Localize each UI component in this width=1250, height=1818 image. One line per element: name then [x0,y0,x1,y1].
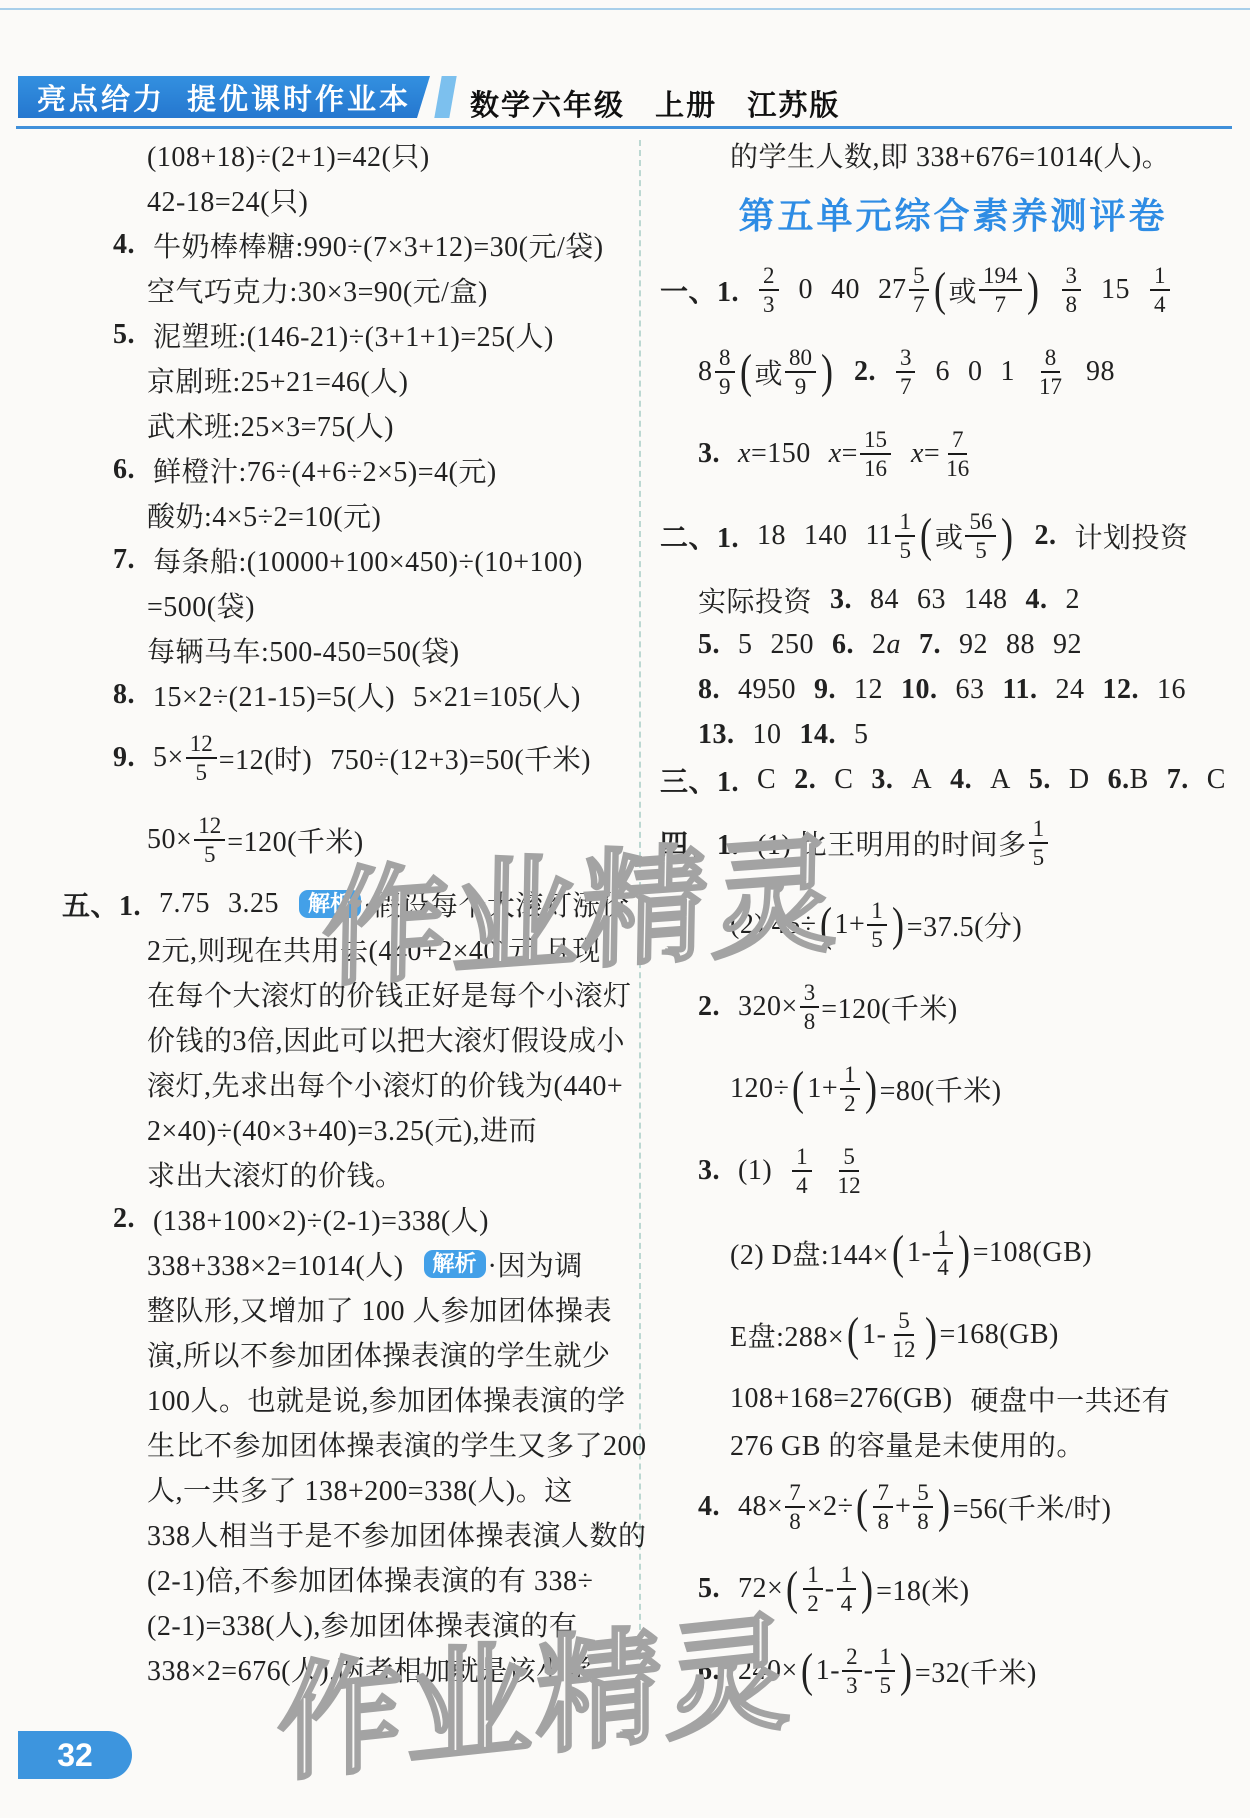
item-number: 11. [1003,674,1038,706]
fraction-numerator: 5 [839,1144,859,1172]
text-segment: (2-1)倍,不参加团体操表演的有 338÷ [147,1559,593,1599]
fraction: 716 [942,427,973,482]
item-number: 5. [113,319,135,351]
fraction: 809 [785,345,816,400]
answer-line: 三、1.C2.C3.A4.A5.D6.B7.C [660,757,1246,802]
fraction-numerator: 1 [933,1226,953,1254]
fraction-denominator: 7 [991,291,1011,318]
text-segment: 或 [754,352,783,392]
answer-line: 338+338×2=1014(人)解析·因为调 [62,1241,637,1286]
mixed-number: 1115 [866,509,917,564]
item-number: 2. [113,1203,135,1235]
mixed-whole: 8 [698,356,712,388]
fraction-denominator: 5 [1029,844,1049,871]
text-segment: 0 [968,356,983,388]
big-paren: ) [1001,514,1013,557]
fraction-denominator: 9 [791,373,811,400]
fraction: 15 [867,898,887,953]
fraction-denominator: 8 [913,1508,933,1535]
item-number: 9. [113,742,135,774]
text-segment: 计划投资 [1074,516,1188,556]
fraction-denominator: 4 [1150,291,1170,318]
fraction-numerator: 5 [909,263,929,291]
item-number: 6. [698,1655,720,1687]
text-segment: C [834,764,853,796]
fraction-denominator: 12 [834,1172,865,1199]
page-number: 32 [57,1737,93,1774]
fraction-denominator: 2 [840,1090,860,1117]
big-paren: ( [847,1313,859,1356]
text-segment: 鲜橙汁:76÷(4+6÷2×5)=4(元) [153,450,497,490]
variable: x [911,438,924,470]
text-segment: 10 [753,719,782,751]
text-segment: A [990,764,1011,796]
answer-line: 演,所以不参加团体操表演的学生就少 [62,1331,637,1376]
answer-line: 7.每条船:(10000+100×450)÷(10+100) [62,537,637,582]
text-segment: ×2÷ [807,1491,854,1523]
item-number: 5. [1029,764,1051,796]
fraction-numerator: 2 [759,263,779,291]
fraction-numerator: 3 [800,980,820,1008]
fraction-denominator: 5 [895,537,915,564]
fraction-numerator: 1 [895,509,915,537]
section-title: 第五单元综合素养测评卷 [660,177,1246,249]
answer-line: 4.48×78×2÷(78+58)=56(千米/时) [660,1466,1246,1548]
fraction: 125 [194,813,225,868]
text-segment: 2 [1066,584,1081,616]
answer-line: (108+18)÷(2+1)=42(只) [62,132,637,177]
answer-line: 实际投资3.84631484.2 [660,577,1246,622]
text-segment: 1+ [835,909,866,941]
text-segment: B [1130,764,1149,796]
fraction-numerator: 1 [792,1144,812,1172]
fraction: 14 [1150,263,1170,318]
answer-line: 在每个大滚灯的价钱正好是每个小滚灯 [62,971,637,1016]
answer-line: 求出大滚灯的价钱。 [62,1151,637,1196]
answer-line: 108+168=276(GB)硬盘中一共还有 [660,1376,1246,1421]
big-paren: ) [900,1649,912,1692]
mixed-number: 889 [698,345,737,400]
answer-line: 5.52506.2a7.928892 [660,622,1246,667]
answer-line: 四、1.(1) 比王明用的时间多15 [660,802,1246,884]
big-paren: ( [920,514,932,557]
answer-line: 8.49509.1210.6311.2412.16 [660,667,1246,712]
answer-line: 武术班:25×3=75(人) [62,402,637,447]
fraction-denominator: 5 [971,537,991,564]
text-segment: C [757,764,776,796]
big-paren: ) [958,1231,970,1274]
text-segment: (138+100×2)÷(2-1)=338(人) [153,1199,489,1239]
item-number: 2. [1034,520,1056,552]
text-segment: ·因为调 [488,1244,583,1284]
fraction-denominator: 3 [842,1672,862,1699]
item-number: 四、1. [660,823,739,863]
fraction: 38 [1062,263,1082,318]
fraction: 15 [1029,816,1049,871]
answer-line: 120÷(1+12)=80(千米) [660,1048,1246,1130]
answer-line: 276 GB 的容量是未使用的。 [660,1421,1246,1466]
item-number: 4. [113,229,135,261]
fraction: 12 [803,1562,823,1617]
fraction-numerator: 8 [1041,345,1061,373]
fraction: 14 [933,1226,953,1281]
fraction: 15 [875,1644,895,1699]
text-segment: = [924,438,940,470]
answer-line: 人,一共多了 138+200=338(人)。这 [62,1466,637,1511]
fraction: 89 [715,345,735,400]
answer-line: 京剧班:25+21=46(人) [62,357,637,402]
answer-line: (2) 45÷(1+15)=37.5(分) [660,884,1246,966]
fraction-numerator: 7 [873,1480,893,1508]
page-number-badge: 32 [18,1731,132,1779]
big-paren: ) [892,903,904,946]
text-segment: 牛奶棒棒糖:990÷(7×3+12)=30(元/袋) [153,225,604,265]
text-segment: 250 [771,629,815,661]
fraction-numerator: 194 [979,263,1022,291]
text-segment: 100人。也就是说,参加团体操表演的学 [147,1379,626,1419]
answer-line: 2×40)÷(40×3+40)=3.25(元),进而 [62,1106,637,1151]
text-segment: = [842,438,858,470]
fraction-numerator: 1 [803,1562,823,1590]
answer-line: 4.牛奶棒棒糖:990÷(7×3+12)=30(元/袋) [62,222,637,267]
big-paren: ) [924,1313,936,1356]
big-paren: ( [820,903,832,946]
answer-line: 42-18=24(只) [62,177,637,222]
fraction-numerator: 15 [860,427,891,455]
fraction: 38 [800,980,820,1035]
text-segment: 92 [959,629,988,661]
text-segment: 88 [1006,629,1035,661]
fraction: 512 [834,1144,865,1199]
answer-line: 五、1.7.753.25解析·假设每个大滚灯涨价 [62,881,637,926]
text-segment: D [1069,764,1090,796]
text-segment: - [825,1573,835,1605]
big-paren: ( [739,350,751,393]
big-paren: ) [938,1485,950,1528]
item-number: 2. [794,764,816,796]
text-segment: 16 [1157,674,1186,706]
item-number: 一、1. [660,270,739,310]
fraction: 125 [186,731,217,786]
fraction-denominator: 8 [785,1508,805,1535]
fraction-numerator: 3 [896,345,916,373]
big-paren: ) [821,350,833,393]
answer-line: 酸奶:4×5÷2=10(元) [62,492,637,537]
text-segment: 滚灯,先求出每个小滚灯的价钱为(440+ [147,1064,623,1104]
fraction-numerator: 1 [867,898,887,926]
answer-line: 整队形,又增加了 100 人参加团体操表 [62,1286,637,1331]
fraction-denominator: 8 [1062,291,1082,318]
answer-line: 6.鲜橙汁:76÷(4+6÷2×5)=4(元) [62,447,637,492]
text-segment: 1- [907,1237,931,1269]
text-segment: 63 [956,674,985,706]
mixed-number: 2757 [878,263,931,318]
fraction-denominator: 8 [873,1508,893,1535]
big-paren: ( [934,268,946,311]
fraction: 565 [965,509,996,564]
text-segment: E盘:288× [730,1315,844,1355]
text-segment: 15 [1101,274,1130,306]
analysis-badge: 解析 [299,890,361,918]
answer-line: E盘:288×(1-512)=168(GB) [660,1294,1246,1376]
fraction: 37 [896,345,916,400]
item-number: 2. [854,356,876,388]
item-number: 7. [1167,764,1189,796]
text-segment: 40 [831,274,860,306]
item-number: 5. [698,1573,720,1605]
fraction-numerator: 1 [1150,263,1170,291]
text-segment: 的学生人数,即 338+676=1014(人)。 [730,135,1170,175]
text-segment: 72× [738,1573,783,1605]
fraction-denominator: 5 [192,759,212,786]
answer-line: 338人相当于是不参加团体操表演人数的 [62,1511,637,1556]
text-segment: 价钱的3倍,因此可以把大滚灯假设成小 [147,1019,625,1059]
text-segment: 硬盘中一共还有 [971,1379,1171,1419]
fraction-denominator: 4 [837,1590,857,1617]
answer-line: 5.72×(12-14)=18(米) [660,1548,1246,1630]
fraction-denominator: 2 [803,1590,823,1617]
fraction-numerator: 12 [194,813,225,841]
item-number: 5. [698,629,720,661]
fraction-denominator: 5 [867,926,887,953]
text-segment: (1) 比王明用的时间多 [757,823,1027,863]
answer-line: 滚灯,先求出每个小滚灯的价钱为(440+ [62,1061,637,1106]
text-segment: ·假设每个大滚灯涨价 [363,884,629,924]
text-segment: 4950 [738,674,796,706]
fraction-denominator: 5 [200,841,220,868]
big-paren: ( [892,1231,904,1274]
item-number: 8. [113,679,135,711]
fraction-numerator: 1 [1029,816,1049,844]
answer-line: 的学生人数,即 338+676=1014(人)。 [660,132,1246,177]
text-segment: 48× [738,1491,783,1523]
fraction-denominator: 7 [909,291,929,318]
big-paren: ) [861,1567,873,1610]
fraction: 512 [889,1308,920,1363]
text-segment: 1+ [807,1073,838,1105]
text-segment: 42-18=24(只) [147,180,308,220]
text-segment: 2元,则现在共用去(440+2×40)元,且现 [147,929,601,969]
answer-line: 一、1.230402757(或1947)381514 [660,249,1246,331]
text-segment: 338人相当于是不参加团体操表演人数的 [147,1514,647,1554]
fraction-numerator: 56 [965,509,996,537]
text-segment: 6 [935,356,950,388]
answer-line: 5.泥塑班:(146-21)÷(3+1+1)=25(人) [62,312,637,357]
fraction: 78 [873,1480,893,1535]
text-segment: 生比不参加团体操表演的学生又多了200 [147,1424,647,1464]
answer-line: 2.(138+100×2)÷(2-1)=338(人) [62,1196,637,1241]
mixed-whole: 11 [866,520,893,552]
big-paren: ) [865,1067,877,1110]
text-segment: 338×2=676(人),两者相加就是该小学 [147,1649,593,1689]
item-number: 7. [919,629,941,661]
text-segment: 98 [1086,356,1115,388]
answer-line: (2-1)=338(人),参加团体操表演的有 [62,1601,637,1646]
fraction-denominator: 7 [896,373,916,400]
item-number: 3. [698,1155,720,1187]
fraction: 58 [913,1480,933,1535]
text-segment: =18(米) [876,1569,969,1609]
fraction: 1516 [860,427,891,482]
fraction-denominator: 9 [715,373,735,400]
text-segment: 24 [1055,674,1084,706]
answer-line: 9.5×125=12(时)750÷(12+3)=50(千米) [62,717,637,799]
item-number: 6. [113,454,135,486]
text-segment: 140 [804,520,848,552]
item-number: 14. [800,719,837,751]
item-number: 8. [698,674,720,706]
text-segment: + [895,1491,911,1523]
text-segment: 92 [1053,629,1082,661]
answer-line: 8.15×2÷(21-15)=5(人)5×21=105(人) [62,672,637,717]
banner-accent-stripe [434,76,456,118]
text-segment: =120(千米) [821,987,957,1027]
text-segment: 每条船:(10000+100×450)÷(10+100) [153,540,583,580]
item-number: 五、1. [62,884,141,924]
text-segment: =56(千米/时) [953,1487,1112,1527]
analysis-badge: 解析 [424,1250,486,1278]
text-segment: 人,一共多了 138+200=338(人)。这 [147,1469,573,1509]
fraction-denominator: 5 [875,1672,895,1699]
text-segment: (2-1)=338(人),参加团体操表演的有 [147,1604,577,1644]
left-column: (108+18)÷(2+1)=42(只)42-18=24(只)4.牛奶棒棒糖:9… [62,132,637,1691]
text-segment: 1 [1000,356,1015,388]
fraction: 15 [895,509,915,564]
fraction: 57 [909,263,929,318]
text-segment: 7.75 [159,888,210,920]
text-segment: 750÷(12+3)=50(千米) [330,738,591,778]
answer-line: 6.240×(1-23-15)=32(千米) [660,1630,1246,1712]
item-number: 4. [1026,584,1048,616]
text-segment: 或 [935,516,964,556]
fraction: 1947 [979,263,1022,318]
variable: x [738,438,751,470]
big-paren: ) [1027,268,1039,311]
text-segment: - [864,1655,874,1687]
text-segment: =108(GB) [973,1237,1092,1269]
answer-line: 生比不参加团体操表演的学生又多了200 [62,1421,637,1466]
text-segment: 108+168=276(GB) [730,1383,953,1415]
text-segment: 1- [816,1655,840,1687]
text-segment: C [1207,764,1226,796]
text-segment: 泥塑班:(146-21)÷(3+1+1)=25(人) [153,315,554,355]
answer-line: 2.320×38=120(千米) [660,966,1246,1048]
fraction-denominator: 17 [1035,373,1066,400]
answer-line: 价钱的3倍,因此可以把大滚灯假设成小 [62,1016,637,1061]
text-segment: =150 [751,438,811,470]
fraction-denominator: 8 [800,1008,820,1035]
item-number: 三、1. [660,760,739,800]
text-segment: 5 [854,719,869,751]
answer-line: 3.(1)14512 [660,1130,1246,1212]
text-segment: 求出大滚灯的价钱。 [147,1154,404,1194]
fraction-numerator: 2 [842,1644,862,1672]
fraction-numerator: 5 [894,1308,914,1336]
text-segment: =500(袋) [147,585,255,625]
right-answer-lines: 一、1.230402757(或1947)381514889(或809)2.376… [660,249,1246,1712]
answer-line: 889(或809)2.3760181798 [660,331,1246,413]
mixed-whole: 27 [878,274,906,306]
item-number: 4. [950,764,972,796]
big-paren: ( [801,1649,813,1692]
item-number: 13. [698,719,735,751]
fraction-numerator: 1 [875,1644,895,1672]
fraction: 23 [842,1644,862,1699]
text-segment: =120(千米) [227,820,363,860]
item-number: 二、1. [660,516,739,556]
answer-line: 50×125=120(千米) [62,799,637,881]
text-segment: 84 [870,584,899,616]
fraction-numerator: 80 [785,345,816,373]
item-number: 9. [814,674,836,706]
text-segment: 63 [917,584,946,616]
item-number: 12. [1102,674,1139,706]
text-segment: 5× [153,742,184,774]
text-segment: (108+18)÷(2+1)=42(只) [147,135,430,175]
answer-line: 3.x=150x=1516x=716 [660,413,1246,495]
fraction-numerator: 8 [715,345,735,373]
item-number: 3. [830,584,852,616]
header-rule [16,126,1232,129]
item-number: 6. [1108,764,1130,796]
text-segment: 148 [964,584,1008,616]
item-number: 4. [698,1491,720,1523]
fraction-denominator: 3 [759,291,779,318]
text-segment: 空气巧克力:30×3=90(元/盒) [147,270,488,310]
fraction-numerator: 5 [913,1480,933,1508]
text-segment: 2×40)÷(40×3+40)=3.25(元),进而 [147,1109,537,1149]
text-segment: 酸奶:4×5÷2=10(元) [147,495,381,535]
answer-line: 二、1.181401115(或565)2.计划投资 [660,495,1246,577]
answer-line: 338×2=676(人),两者相加就是该小学 [62,1646,637,1691]
text-segment: =80(千米) [880,1069,1002,1109]
text-segment: =12(时) [219,738,312,778]
answer-line: =500(袋) [62,582,637,627]
big-paren: ( [786,1567,798,1610]
answer-line: 空气巧克力:30×3=90(元/盒) [62,267,637,312]
text-segment: 5×21=105(人) [413,675,581,715]
fraction-denominator: 4 [933,1254,953,1281]
fraction-numerator: 1 [840,1062,860,1090]
fraction-numerator: 12 [186,731,217,759]
banner-title: 亮点给力 提优课时作业本 [37,77,411,118]
text-segment: 240× [738,1655,798,1687]
answer-line: 2元,则现在共用去(440+2×40)元,且现 [62,926,637,971]
big-paren: ( [792,1067,804,1110]
text-segment: 2 [872,629,887,661]
text-segment: 实际投资 [698,580,812,620]
text-segment: (2) D盘:144× [730,1233,889,1273]
item-number: 6. [832,629,854,661]
text-segment: 在每个大滚灯的价钱正好是每个小滚灯 [147,974,632,1014]
text-segment: 京剧班:25+21=46(人) [147,360,409,400]
fraction: 23 [759,263,779,318]
page-top-rule [0,8,1250,10]
fraction-numerator: 7 [948,427,968,455]
text-segment: 武术班:25×3=75(人) [147,405,394,445]
text-segment: 120÷ [730,1073,789,1105]
text-segment: 或 [949,270,978,310]
fraction: 12 [840,1062,860,1117]
right-column: 的学生人数,即 338+676=1014(人)。 第五单元综合素养测评卷 一、1… [660,132,1246,1712]
text-segment: 每辆马车:500-450=50(袋) [147,630,460,670]
answer-line: 13.1014.5 [660,712,1246,757]
fraction: 14 [792,1144,812,1199]
text-segment: (2) 45÷ [730,909,817,941]
text-segment: 整队形,又增加了 100 人参加团体操表 [147,1289,612,1329]
header-banner: 亮点给力 提优课时作业本 [18,76,430,118]
text-segment: 1- [862,1319,886,1351]
